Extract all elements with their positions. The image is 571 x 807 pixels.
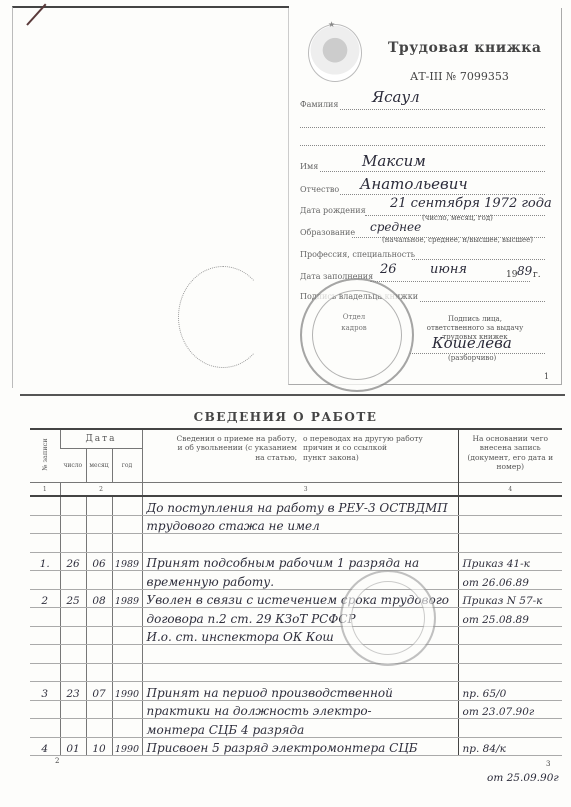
header-basis: На основании чего внесена запись (докуме… [458,429,562,483]
day: 23 [60,682,86,701]
document-series-number: АТ-III № 7099353 [410,70,509,83]
fill-date-month: июня [430,262,467,277]
official-round-stamp [300,278,414,392]
record-no [30,515,60,534]
section-title: СВЕДЕНИЯ О РАБОТЕ [0,410,571,424]
responsible-signature: Кошелева [432,334,512,352]
record-no [30,571,60,590]
table-row: 323071990Принят на период производственн… [30,682,562,701]
day [60,626,86,645]
table-row: монтера СЦБ 4 разряда [30,719,562,738]
record-no [30,645,60,664]
header-info-left: Сведения о приеме на работу, и об увольн… [142,429,300,483]
day [60,663,86,682]
official-round-stamp-2 [340,570,436,666]
table-row: временную работу.от 26.06.89 [30,571,562,590]
table-row: 1.26061989Принят подсобным рабочим 1 раз… [30,552,562,571]
record-no: 4 [30,737,60,756]
first-name-label: Имя [300,162,318,171]
month [86,719,112,738]
month [86,663,112,682]
table-row: практики на должность электро-от 23.07.9… [30,700,562,719]
record-no [30,719,60,738]
entry-text [142,534,458,553]
month [86,496,112,515]
header-date: Дата [60,429,142,449]
month [86,645,112,664]
month [86,700,112,719]
month [86,608,112,627]
fill-date-year: 89 [517,264,532,278]
basis: от 25.08.89 [458,608,562,627]
year [112,700,142,719]
record-no [30,496,60,515]
table-row [30,534,562,553]
col-number-4: 4 [458,483,562,497]
first-name-line [320,170,545,172]
record-no [30,663,60,682]
table-row: 225081989Уволен в связи с истечением сро… [30,589,562,608]
day [60,700,86,719]
day [60,515,86,534]
basis: Приказ 41-к [458,552,562,571]
record-no: 3 [30,682,60,701]
header-month: месяц [86,449,112,483]
record-no [30,626,60,645]
entry-text [142,663,458,682]
month [86,626,112,645]
table-row: И.о. ст. инспектора ОК Кош [30,626,562,645]
day [60,571,86,590]
education-label: Образование [300,228,355,237]
basis: от 23.07.90г [458,700,562,719]
star-icon: ★ [328,20,335,29]
ussr-coat-of-arms-icon [308,24,362,82]
responsible-hint: (разборчиво) [448,354,496,362]
fill-date-line [370,280,530,282]
birth-date-label: Дата рождения [300,206,366,215]
day: 01 [60,737,86,756]
patronymic-label: Отчество [300,185,339,194]
year: 1989 [112,589,142,608]
entry-text: До поступления на работу в РЕУ-3 ОСТВДМП [142,496,458,515]
header-year: год [112,449,142,483]
basis [458,719,562,738]
year: 1990 [112,737,142,756]
record-no: 2 [30,589,60,608]
table-row [30,663,562,682]
entry-text: монтера СЦБ 4 разряда [142,719,458,738]
fill-date-day: 26 [380,262,397,277]
trailing-basis: от 25.09.90г [487,772,559,784]
education-hint: (начальное, среднее, н/высшее, высшее) [382,236,533,244]
surname-label: Фамилия [300,100,338,109]
year: 1989 [112,552,142,571]
year [112,645,142,664]
surname-line-2 [300,126,545,128]
month: 10 [86,737,112,756]
entry-text: практики на должность электро- [142,700,458,719]
year [112,571,142,590]
entry-text: трудового стажа не имел [142,515,458,534]
patronymic-value: Анатольевич [360,175,468,193]
table-row: До поступления на работу в РЕУ-3 ОСТВДМП [30,496,562,515]
basis [458,626,562,645]
record-no [30,534,60,553]
owner-signature-line [420,300,545,302]
table-row: договора п.2 ст. 29 КЗоТ РСФСРот 25.08.8… [30,608,562,627]
year [112,515,142,534]
day [60,496,86,515]
month [86,571,112,590]
year [112,534,142,553]
day [60,608,86,627]
birth-date-hint: (число, месяц, год) [422,214,493,222]
basis [458,663,562,682]
fill-date-suffix: г. [533,270,541,280]
year [112,496,142,515]
fill-date-year-prefix: 19 [506,270,517,280]
day [60,645,86,664]
basis: от 26.06.89 [458,571,562,590]
month [86,515,112,534]
basis: пр. 65/0 [458,682,562,701]
basis [458,534,562,553]
day [60,534,86,553]
first-name-value: Максим [362,152,426,170]
basis [458,496,562,515]
faint-stamp-imprint [178,266,268,368]
col-number-1: 1 [30,483,60,497]
day: 26 [60,552,86,571]
birth-date-value: 21 сентября 1972 года [390,196,552,211]
stamp-text: Отдел кадров [332,312,376,334]
record-no [30,608,60,627]
page-number-3: 3 [546,760,550,768]
basis: пр. 84/к [458,737,562,756]
record-no [30,700,60,719]
basis [458,645,562,664]
year [112,663,142,682]
month: 07 [86,682,112,701]
day [60,719,86,738]
basis [458,515,562,534]
entry-text: Принят на период производственной [142,682,458,701]
surname-line-3 [300,144,545,146]
day: 25 [60,589,86,608]
col-number-3: 3 [142,483,458,497]
year [112,608,142,627]
record-no: 1. [30,552,60,571]
basis: Приказ N 57-к [458,589,562,608]
col-number-2: 2 [60,483,142,497]
document-title: Трудовая книжка [388,40,541,56]
entry-text: Присвоен 5 разряд электромонтера СЦБ [142,737,458,756]
year: 1990 [112,682,142,701]
table-row [30,645,562,664]
page-number-1: 1 [544,372,549,381]
work-records-table: № записи Дата Сведения о приеме на работ… [30,428,562,756]
header-record-no: № записи [30,429,60,483]
header-info-right: о переводах на другую работу причин и со… [300,429,458,483]
table-row: трудового стажа не имел [30,515,562,534]
surname-value: Ясаул [372,88,420,106]
table-row: 401101990Присвоен 5 разряд электромонтер… [30,737,562,756]
month: 08 [86,589,112,608]
education-value: среднее [370,220,421,234]
page-number-2: 2 [55,757,59,765]
surname-line [340,108,545,110]
header-day: число [60,449,86,483]
profession-line [412,258,545,260]
profession-label: Профессия, специальность [300,250,415,259]
year [112,719,142,738]
month: 06 [86,552,112,571]
month [86,534,112,553]
year [112,626,142,645]
entry-text: Принят подсобным рабочим 1 разряда на [142,552,458,571]
patronymic-line [340,193,545,195]
